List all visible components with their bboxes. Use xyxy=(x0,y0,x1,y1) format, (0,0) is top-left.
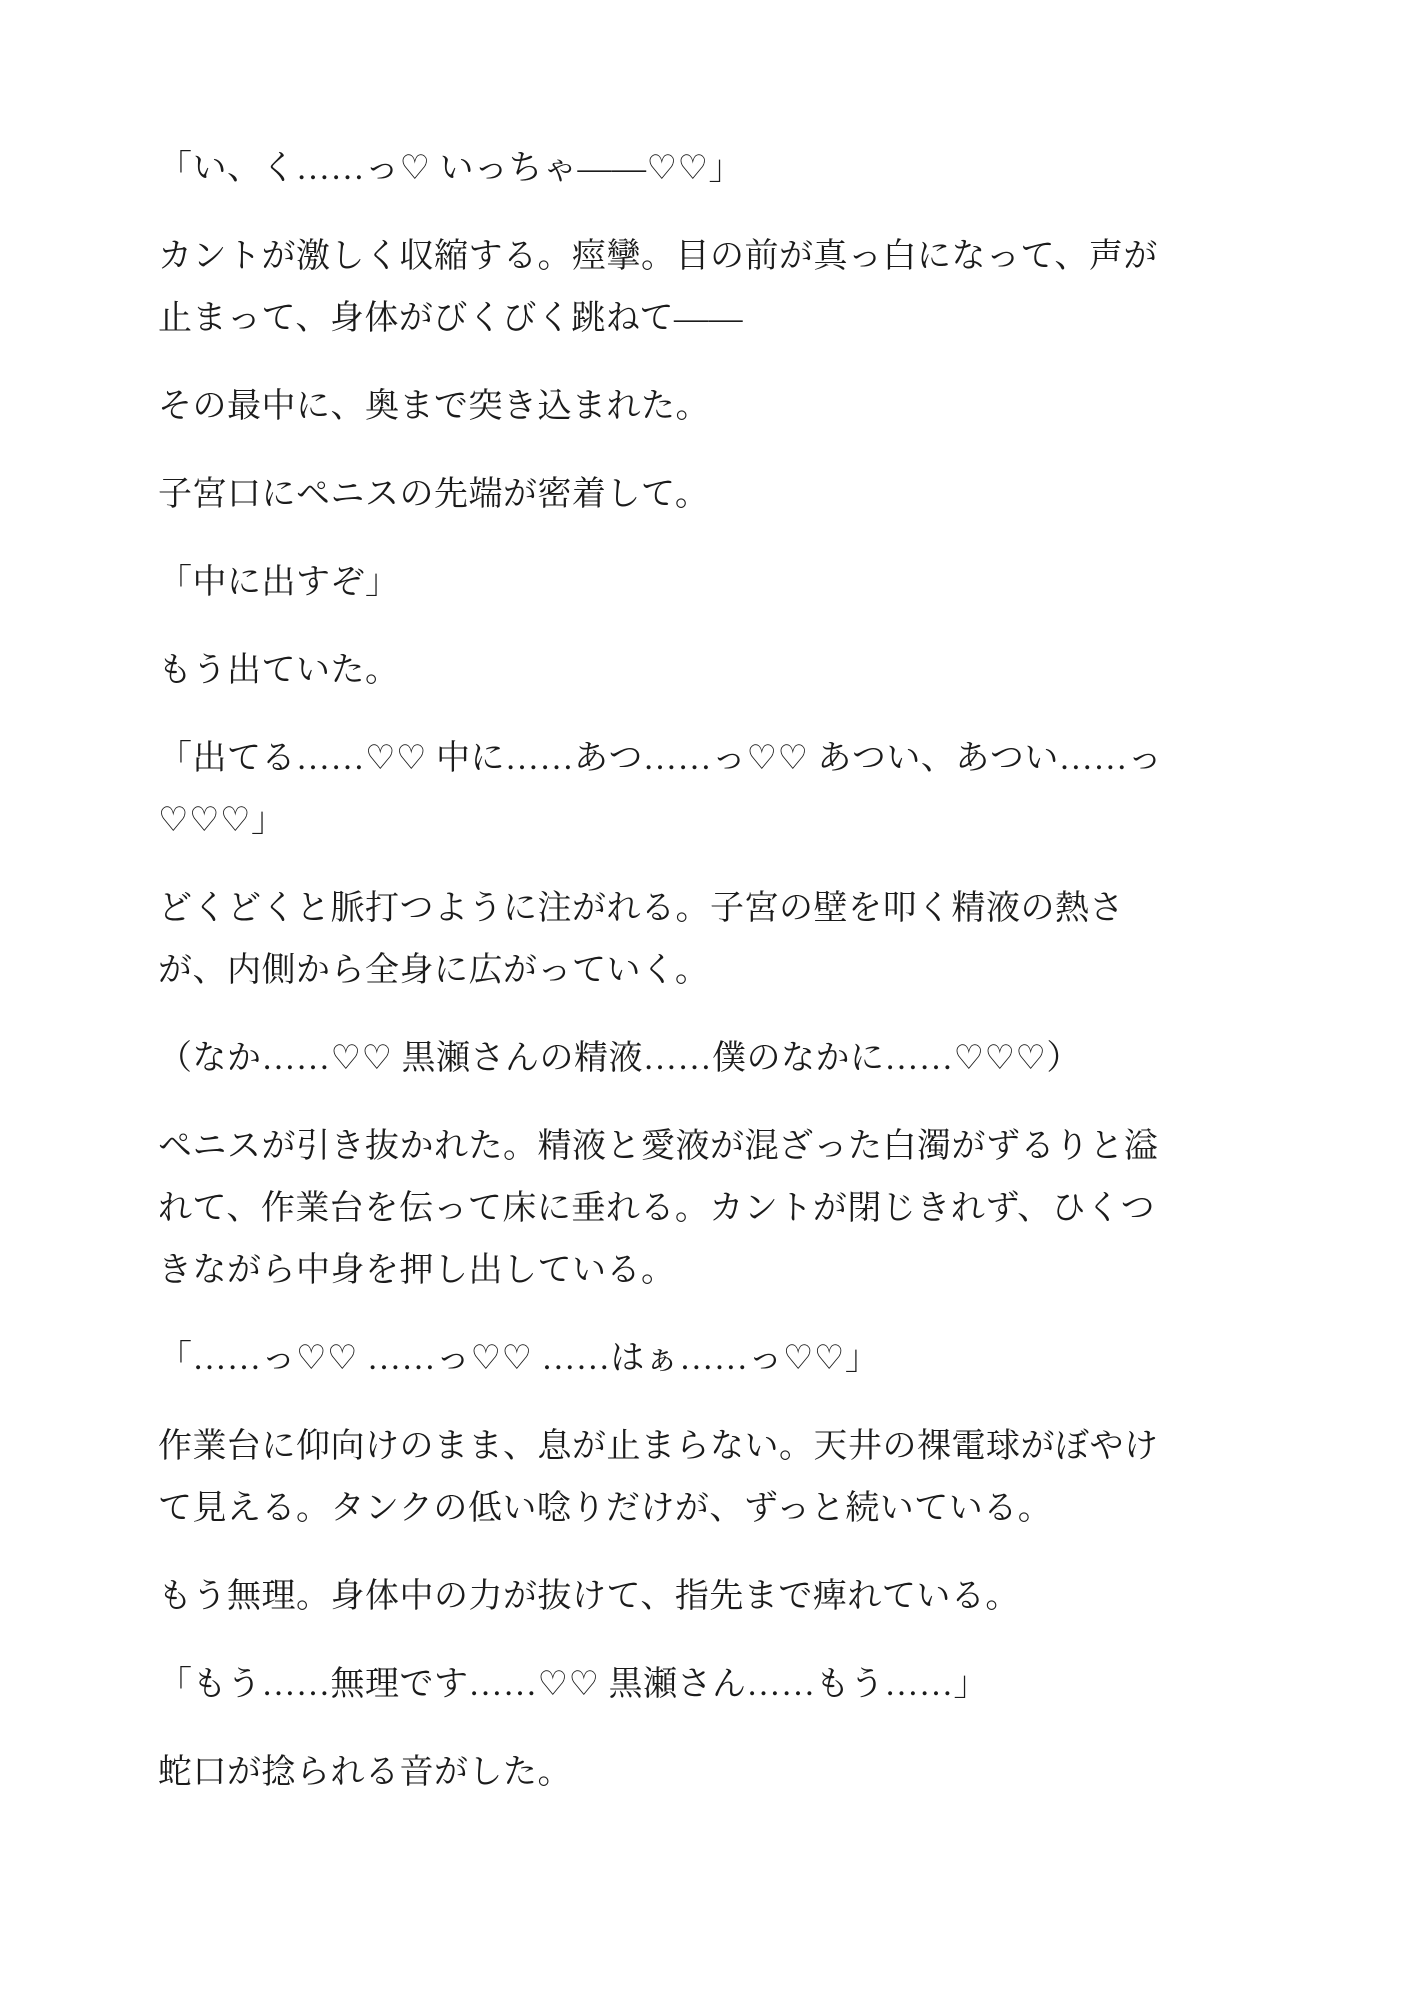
paragraph-narration-5: どくどくと脈打つように注がれる。子宮の壁を叩く精液の熱さが、内側から全身に広がっ… xyxy=(158,878,1175,1002)
paragraph-dialogue-4: 「……っ♡♡ ……っ♡♡ ……はぁ……っ♡♡」 xyxy=(158,1328,1175,1390)
paragraph-narration-1: カントが激しく収縮する。痙攣。目の前が真っ白になって、声が止まって、身体がびくび… xyxy=(158,226,1175,350)
paragraph-narration-4: もう出ていた。 xyxy=(158,640,1175,702)
text-block: 「い、く……っ♡ いっちゃ——♡♡」 カントが激しく収縮する。痙攣。目の前が真っ… xyxy=(158,138,1175,1804)
paragraph-thought-1: （なか……♡♡ 黒瀬さんの精液……僕のなかに……♡♡♡） xyxy=(158,1028,1175,1090)
paragraph-dialogue-2: 「中に出すぞ」 xyxy=(158,552,1175,614)
document-page: 「い、く……っ♡ いっちゃ——♡♡」 カントが激しく収縮する。痙攣。目の前が真っ… xyxy=(0,0,1415,2000)
paragraph-narration-7: 作業台に仰向けのまま、息が止まらない。天井の裸電球がぼやけて見える。タンクの低い… xyxy=(158,1416,1175,1540)
paragraph-narration-9: 蛇口が捻られる音がした。 xyxy=(158,1742,1175,1804)
paragraph-dialogue-1: 「い、く……っ♡ いっちゃ——♡♡」 xyxy=(158,138,1175,200)
paragraph-narration-2: その最中に、奥まで突き込まれた。 xyxy=(158,376,1175,438)
paragraph-narration-6: ペニスが引き抜かれた。精液と愛液が混ざった白濁がずるりと溢れて、作業台を伝って床… xyxy=(158,1116,1175,1302)
paragraph-narration-3: 子宮口にペニスの先端が密着して。 xyxy=(158,464,1175,526)
paragraph-dialogue-3: 「出てる……♡♡ 中に……あつ……っ♡♡ あつい、あつい……っ♡♡♡」 xyxy=(158,728,1175,852)
paragraph-dialogue-5: 「もう……無理です……♡♡ 黒瀬さん……もう……」 xyxy=(158,1654,1175,1716)
paragraph-narration-8: もう無理。身体中の力が抜けて、指先まで痺れている。 xyxy=(158,1566,1175,1628)
